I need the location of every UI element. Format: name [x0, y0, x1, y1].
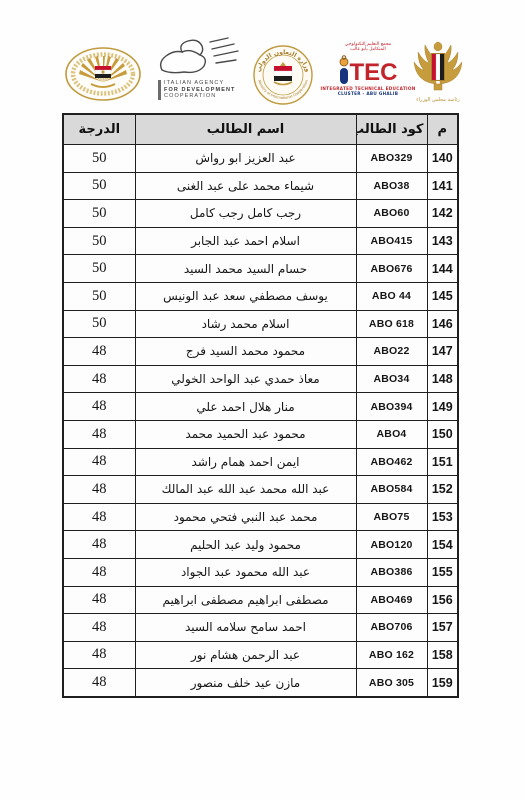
student-grade-cell: 48 — [63, 531, 135, 559]
student-name-cell: مازن عيد خلف منصور — [135, 669, 356, 697]
student-grade-cell: 50 — [63, 255, 135, 283]
itec-subtitle-2: CLUSTER - ABU GHALIB — [338, 91, 399, 96]
table-row: 159 ABO 305 مازن عيد خلف منصور 48 — [63, 669, 458, 697]
table-row: 146 ABO 618 اسلام محمد رشاد 50 — [63, 310, 458, 338]
table-row: 144 ABO676 حسام السيد محمد السيد 50 — [63, 255, 458, 283]
itec-arabic-line2: المتكامل بأبو غالب — [350, 47, 386, 52]
student-grade-cell: 48 — [63, 448, 135, 476]
document-page: ITALIAN AGENCY FOR DEVELOPMENT COOPERATI… — [0, 0, 525, 800]
table-row: 154 ABO120 محمود وليد عبد الحليم 48 — [63, 531, 458, 559]
student-name-cell: محمد عبد النبي فتحي محمود — [135, 503, 356, 531]
header-name: اسم الطالب — [135, 114, 356, 145]
student-code-cell: ABO 305 — [356, 669, 427, 697]
student-grade-cell: 48 — [63, 420, 135, 448]
table-row: 152 ABO584 عبد الله محمد عبد الله عبد ال… — [63, 476, 458, 504]
student-number-cell: 143 — [427, 227, 458, 255]
student-grade-cell: 50 — [63, 200, 135, 228]
student-grade-cell: 50 — [63, 282, 135, 310]
student-code-cell: ABO462 — [356, 448, 427, 476]
student-grade-cell: 48 — [63, 476, 135, 504]
itec-i-mark-icon — [339, 62, 349, 84]
student-number-cell: 140 — [427, 145, 458, 173]
student-name-cell: حسام السيد محمد السيد — [135, 255, 356, 283]
header-no: م — [427, 114, 458, 145]
table-row: 151 ABO462 ايمن احمد همام راشد 48 — [63, 448, 458, 476]
student-number-cell: 141 — [427, 172, 458, 200]
table-row: 142 ABO60 رجب كامل رجب كامل 50 — [63, 200, 458, 228]
student-number-cell: 142 — [427, 200, 458, 228]
student-name-cell: عبد الرحمن هشام نور — [135, 641, 356, 669]
student-number-cell: 156 — [427, 586, 458, 614]
student-number-cell: 152 — [427, 476, 458, 504]
student-code-cell: ABO584 — [356, 476, 427, 504]
student-grade-cell: 48 — [63, 614, 135, 642]
results-table-header: م كود الطالب اسم الطالب الدرجة — [63, 114, 458, 145]
student-code-cell: ABO329 — [356, 145, 427, 173]
egypt-cabinet-eagle-icon: رئاسة مجلس الوزراء — [408, 40, 468, 108]
header-grade: الدرجة — [63, 114, 135, 145]
results-table: م كود الطالب اسم الطالب الدرجة 140 ABO32… — [62, 113, 459, 698]
itec-logo: مجمع التعليم التكنولوجي المتكامل بأبو غا… — [330, 42, 406, 96]
table-row: 147 ABO22 محمود محمد السيد فرج 48 — [63, 338, 458, 366]
student-name-cell: اسلام احمد عبد الجابر — [135, 227, 356, 255]
student-grade-cell: 48 — [63, 393, 135, 421]
student-number-cell: 158 — [427, 641, 458, 669]
student-grade-cell: 48 — [63, 338, 135, 366]
student-grade-cell: 48 — [63, 669, 135, 697]
ministry-intl-cooperation-emblem-icon: وزارة التعاون الدولي Ministry of Interna… — [246, 42, 320, 108]
student-number-cell: 159 — [427, 669, 458, 697]
student-grade-cell: 50 — [63, 227, 135, 255]
student-code-cell: ABO 618 — [356, 310, 427, 338]
table-row: 149 ABO394 منار هلال احمد علي 48 — [63, 393, 458, 421]
student-number-cell: 155 — [427, 558, 458, 586]
student-code-cell: ABO22 — [356, 338, 427, 366]
student-number-cell: 154 — [427, 531, 458, 559]
dove-icon — [148, 36, 244, 82]
student-code-cell: ABO120 — [356, 531, 427, 559]
table-row: 143 ABO415 اسلام احمد عبد الجابر 50 — [63, 227, 458, 255]
student-number-cell: 148 — [427, 365, 458, 393]
student-code-cell: ABO394 — [356, 393, 427, 421]
student-name-cell: عبد الله محمود عبد الجواد — [135, 558, 356, 586]
student-code-cell: ABO60 — [356, 200, 427, 228]
student-name-cell: اسلام محمد رشاد — [135, 310, 356, 338]
itec-tec-text: TEC — [350, 62, 398, 84]
student-name-cell: يوسف مصطفي سعد عبد الونيس — [135, 282, 356, 310]
header-code: كود الطالب — [356, 114, 427, 145]
student-name-cell: مصطفى ابراهيم مصطفى ابراهيم — [135, 586, 356, 614]
student-number-cell: 151 — [427, 448, 458, 476]
cabinet-caption: رئاسة مجلس الوزراء — [408, 97, 468, 103]
italian-agency-logo: ITALIAN AGENCY FOR DEVELOPMENT COOPERATI… — [148, 36, 244, 108]
results-table-body: 140 ABO329 عبد العزيز ابو رواش 50 141 AB… — [63, 145, 458, 697]
student-number-cell: 157 — [427, 614, 458, 642]
lamp-icon — [338, 55, 350, 67]
student-code-cell: ABO469 — [356, 586, 427, 614]
table-row: 157 ABO706 احمد سامح سلامه السيد 48 — [63, 614, 458, 642]
student-grade-cell: 48 — [63, 641, 135, 669]
student-grade-cell: 50 — [63, 310, 135, 338]
student-grade-cell: 48 — [63, 503, 135, 531]
student-grade-cell: 50 — [63, 172, 135, 200]
student-code-cell: ABO415 — [356, 227, 427, 255]
student-code-cell: ABO38 — [356, 172, 427, 200]
student-number-cell: 149 — [427, 393, 458, 421]
table-row: 150 ABO4 محمود عبد الحميد محمد 48 — [63, 420, 458, 448]
student-name-cell: عبد العزيز ابو رواش — [135, 145, 356, 173]
student-code-cell: ABO34 — [356, 365, 427, 393]
student-number-cell: 146 — [427, 310, 458, 338]
student-name-cell: معاذ حمدي عبد الواحد الخولي — [135, 365, 356, 393]
student-grade-cell: 48 — [63, 586, 135, 614]
student-number-cell: 144 — [427, 255, 458, 283]
student-code-cell: ABO676 — [356, 255, 427, 283]
student-code-cell: ABO386 — [356, 558, 427, 586]
student-grade-cell: 48 — [63, 558, 135, 586]
student-code-cell: ABO75 — [356, 503, 427, 531]
student-code-cell: ABO4 — [356, 420, 427, 448]
student-name-cell: محمود وليد عبد الحليم — [135, 531, 356, 559]
student-code-cell: ABO706 — [356, 614, 427, 642]
student-number-cell: 153 — [427, 503, 458, 531]
student-name-cell: رجب كامل رجب كامل — [135, 200, 356, 228]
student-code-cell: ABO 162 — [356, 641, 427, 669]
student-code-cell: ABO 44 — [356, 282, 427, 310]
student-name-cell: عبد الله محمد عبد الله عبد المالك — [135, 476, 356, 504]
table-row: 145 ABO 44 يوسف مصطفي سعد عبد الونيس 50 — [63, 282, 458, 310]
student-number-cell: 145 — [427, 282, 458, 310]
student-grade-cell: 50 — [63, 145, 135, 173]
table-row: 153 ABO75 محمد عبد النبي فتحي محمود 48 — [63, 503, 458, 531]
student-name-cell: محمود عبد الحميد محمد — [135, 420, 356, 448]
development-fund-emblem-icon — [63, 44, 143, 104]
table-row: 155 ABO386 عبد الله محمود عبد الجواد 48 — [63, 558, 458, 586]
student-number-cell: 147 — [427, 338, 458, 366]
table-row: 158 ABO 162 عبد الرحمن هشام نور 48 — [63, 641, 458, 669]
student-name-cell: محمود محمد السيد فرج — [135, 338, 356, 366]
student-name-cell: ايمن احمد همام راشد — [135, 448, 356, 476]
table-row: 140 ABO329 عبد العزيز ابو رواش 50 — [63, 145, 458, 173]
table-row: 156 ABO469 مصطفى ابراهيم مصطفى ابراهيم 4… — [63, 586, 458, 614]
student-name-cell: منار هلال احمد علي — [135, 393, 356, 421]
student-grade-cell: 48 — [63, 365, 135, 393]
student-name-cell: شيماء محمد على عبد الغنى — [135, 172, 356, 200]
italian-agency-text: ITALIAN AGENCY FOR DEVELOPMENT COOPERATI… — [158, 80, 236, 100]
logo-strip: ITALIAN AGENCY FOR DEVELOPMENT COOPERATI… — [0, 36, 525, 110]
student-name-cell: احمد سامح سلامه السيد — [135, 614, 356, 642]
table-row: 148 ABO34 معاذ حمدي عبد الواحد الخولي 48 — [63, 365, 458, 393]
student-number-cell: 150 — [427, 420, 458, 448]
table-row: 141 ABO38 شيماء محمد على عبد الغنى 50 — [63, 172, 458, 200]
